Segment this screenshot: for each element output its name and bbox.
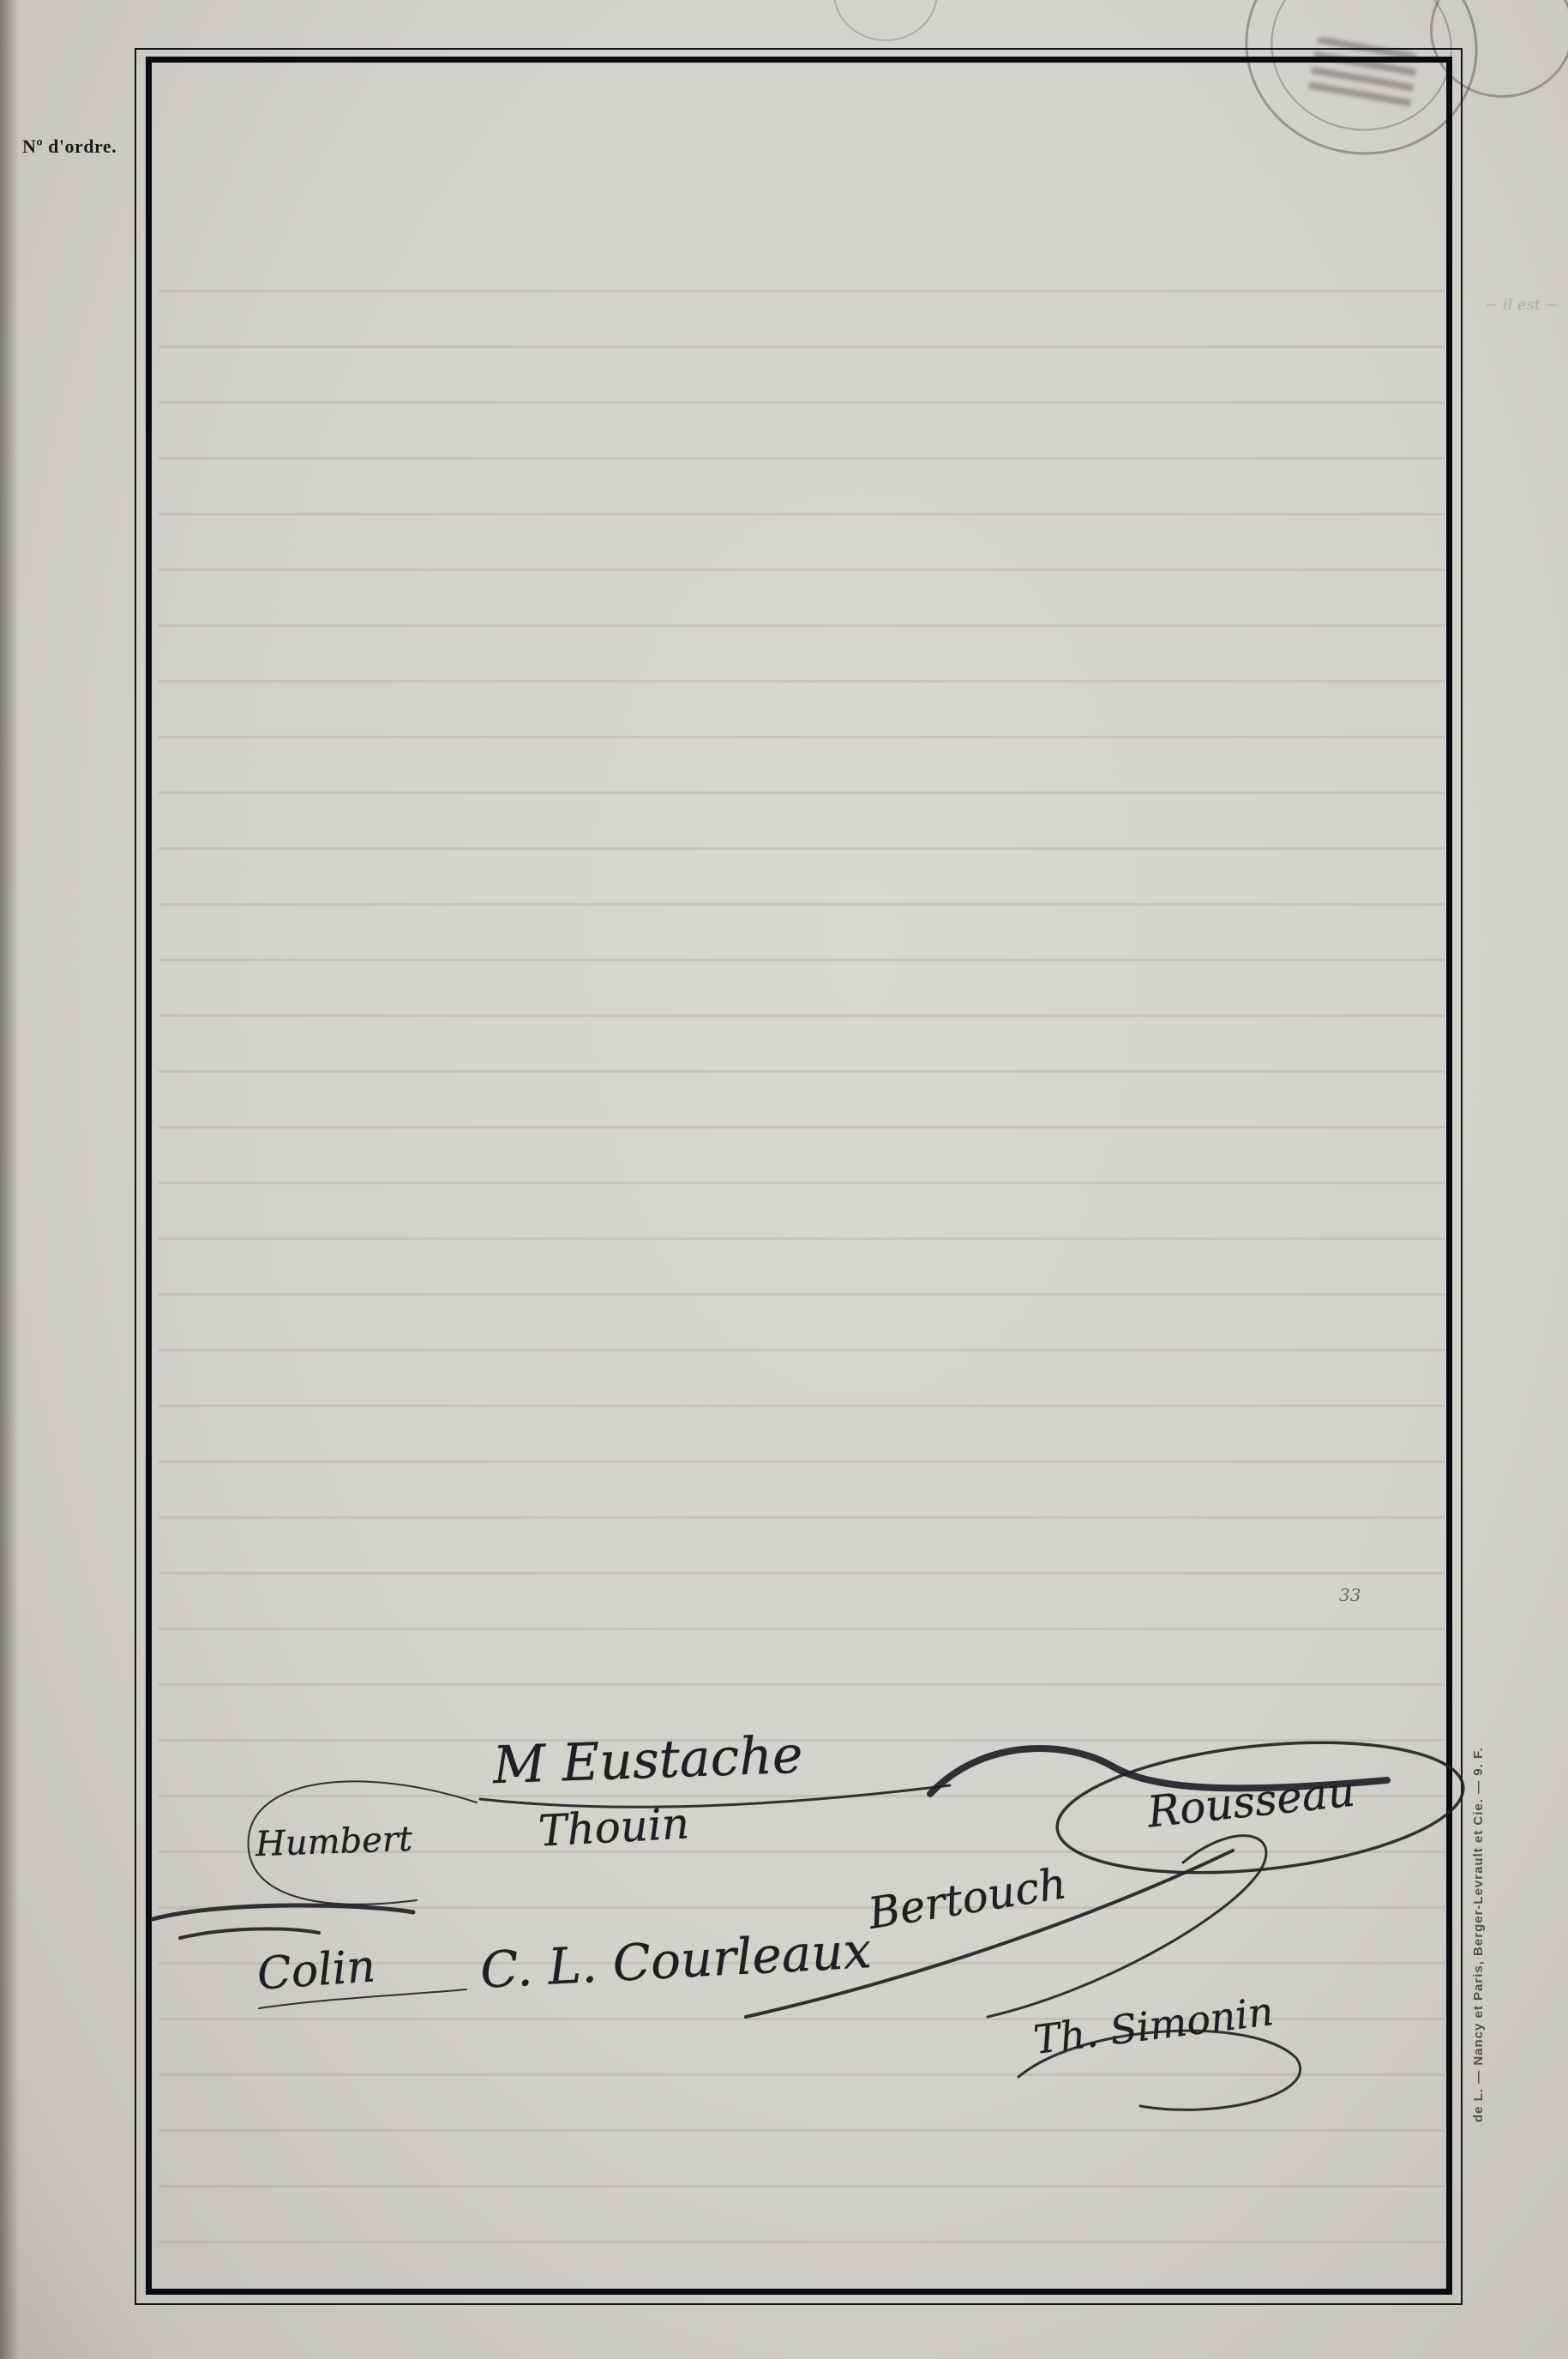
correction-mark: 33 — [1339, 1585, 1361, 1605]
handwritten-line — [170, 1486, 1447, 1542]
handwritten-line — [170, 601, 1447, 657]
binding-edge-shadow — [0, 0, 19, 2359]
deliberation-body — [170, 269, 1447, 1763]
order-number-label: Nº d'ordre. — [22, 135, 117, 158]
handwritten-line — [170, 1265, 1447, 1321]
signature-eustache: M Eustache — [492, 1725, 804, 1796]
handwritten-line — [170, 325, 1447, 381]
handwritten-line — [170, 436, 1447, 491]
handwritten-line — [170, 269, 1447, 325]
handwritten-line — [170, 1431, 1447, 1487]
circular-postmark-icon — [833, 0, 938, 41]
handwritten-line — [170, 933, 1447, 989]
signature-humbert: Humbert — [255, 1820, 413, 1864]
handwritten-line — [170, 1044, 1447, 1099]
handwritten-line — [170, 1652, 1447, 1708]
handwritten-line — [170, 1099, 1447, 1155]
signature-thouin: Thouin — [538, 1798, 691, 1856]
handwritten-line — [170, 712, 1447, 767]
handwritten-line — [170, 1210, 1447, 1266]
handwritten-line — [170, 767, 1447, 823]
handwritten-line — [170, 1375, 1447, 1431]
faint-pencil-scribble-icon: ~ il est ~ — [1485, 296, 1559, 318]
handwritten-line — [170, 380, 1447, 436]
handwritten-line — [170, 657, 1447, 713]
signature-colin: Colin — [255, 1941, 377, 2000]
printer-imprint: de L. — Nancy et Paris, Berger-Levrault … — [1471, 1213, 1486, 2122]
handwritten-line — [170, 1597, 1447, 1652]
handwritten-line — [170, 1542, 1447, 1598]
handwritten-line — [170, 1707, 1447, 1763]
handwritten-line — [170, 546, 1447, 602]
handwritten-line — [170, 878, 1447, 934]
handwritten-line — [170, 1321, 1447, 1376]
handwritten-line — [170, 822, 1447, 878]
handwritten-line — [170, 490, 1447, 546]
handwritten-line — [170, 1154, 1447, 1210]
scanned-register-page: Nº d'ordre. 33 ~ il est ~ M Eustache Hum… — [0, 0, 1568, 2359]
handwritten-line — [170, 989, 1447, 1044]
